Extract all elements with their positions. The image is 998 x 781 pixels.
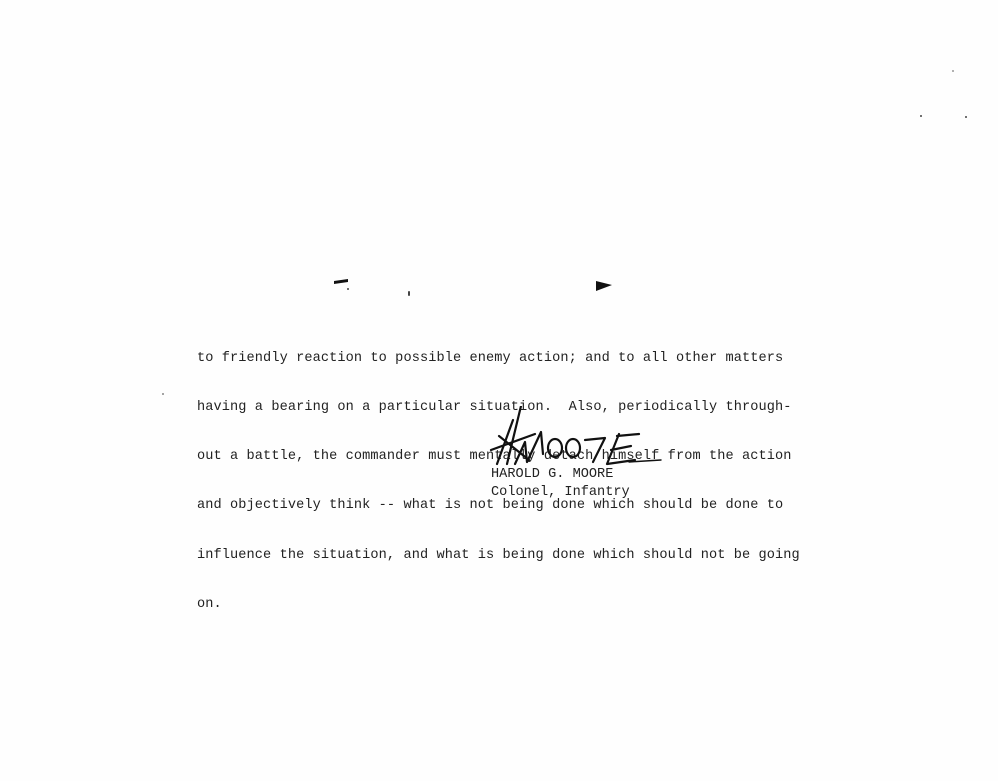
body-line: on. <box>197 597 800 613</box>
scan-mark-right <box>596 281 612 291</box>
scan-speck <box>952 70 954 72</box>
document-page: to friendly reaction to possible enemy a… <box>0 0 998 781</box>
scan-speck <box>920 115 922 117</box>
signer-title: Colonel, Infantry <box>491 485 630 500</box>
scan-speck <box>408 291 410 296</box>
letter-body: to friendly reaction to possible enemy a… <box>197 318 800 646</box>
body-line: influence the situation, and what is bei… <box>197 548 800 564</box>
scan-speck <box>347 288 349 290</box>
scan-speck <box>965 116 967 118</box>
body-line: to friendly reaction to possible enemy a… <box>197 351 800 367</box>
signer-name: HAROLD G. MOORE <box>491 467 613 482</box>
body-line: and objectively think -- what is not bei… <box>197 498 800 514</box>
scan-mark-left <box>334 279 348 284</box>
scan-speck <box>162 393 164 395</box>
handwritten-signature <box>489 406 664 476</box>
